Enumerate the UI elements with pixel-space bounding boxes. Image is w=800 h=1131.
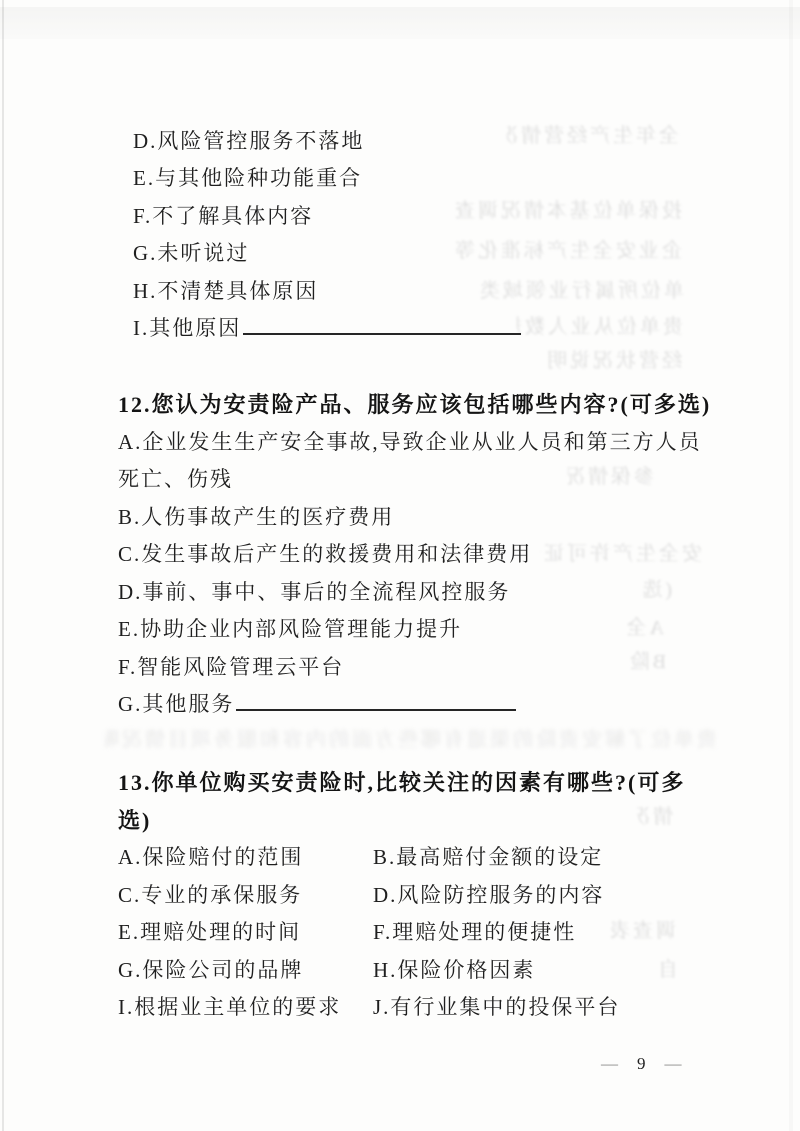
page-number: 9 [637,1050,646,1078]
option-h: H.不清楚具体原因 [133,273,521,310]
fill-in-blank-other-service [236,688,516,711]
option-g-label: G.其他服务 [118,692,234,716]
option-i-label: I.其他原因 [133,316,241,340]
option-b: B.人伤事故产生的医疗费用 [118,499,711,537]
question13-block: 13.你单位购买安责险时,比较关注的因素有哪些?(可多 选) A.保险赔付的范围… [118,764,685,1027]
option-i-other-reason: I.其他原因 [133,310,521,347]
option-row-ij: I.根据业主单位的要求 J.有行业集中的投保平台 [118,989,685,1027]
option-row-cd: C.专业的承保服务 D.风险防控服务的内容 [118,877,685,915]
option-e: E.理赔处理的时间 [118,920,301,944]
option-a-line1: A.企业发生生产安全事故,导致企业从业人员和第三方人员 [118,424,711,462]
fill-in-blank-other-reason [243,312,521,335]
question13-title-line1: 13.你单位购买安责险时,比较关注的因素有哪些?(可多 [118,764,685,802]
scanned-questionnaire-page: 全年生产经营情况投保单位基本情况调查企业安全生产标准化等单位所属行业领域类贵单位… [0,0,800,1131]
option-c: C.专业的承保服务 [118,883,302,907]
question12-block: 12.您认为安责险产品、服务应该包括哪些内容?(可多选) A.企业发生生产安全事… [118,386,711,724]
bleedthrough-text: 贵单位了解安责险的渠道有哪些方面的内容和服务项目情况呢 [105,728,717,754]
option-f: F.不了解具体内容 [133,198,521,235]
option-g: G.未听说过 [133,235,521,272]
question12-title: 12.您认为安责险产品、服务应该包括哪些内容?(可多选) [118,386,711,424]
option-row-gh: G.保险公司的品牌 H.保险价格因素 [118,952,685,990]
bleedthrough-text: 经营状况说明 [540,349,682,375]
option-f: F.智能风险管理云平台 [118,649,711,687]
option-a: A.保险赔付的范围 [118,845,303,869]
question11-options-block: D.风险管控服务不落地 E.与其他险种功能重合 F.不了解具体内容 G.未听说过… [133,123,521,347]
option-c: C.发生事故后产生的救援费用和法律费用 [118,536,711,574]
option-j: J.有行业集中的投保平台 [373,989,620,1027]
option-e: E.与其他险种功能重合 [133,160,521,197]
option-f: F.理赔处理的便捷性 [373,914,576,952]
page-footer: — 9 — [601,1050,682,1078]
option-g-other-service: G.其他服务 [118,686,711,724]
option-d: D.风险防控服务的内容 [373,877,604,915]
option-a-line2: 死亡、伤残 [118,461,711,499]
option-i: I.根据业主单位的要求 [118,995,341,1019]
option-row-ab: A.保险赔付的范围 B.最高赔付金额的设定 [118,839,685,877]
bleedthrough-text: 贵单位从业人数规 [517,315,683,341]
option-b: B.最高赔付金额的设定 [373,839,603,877]
option-e: E.协助企业内部风险管理能力提升 [118,611,711,649]
question13-title-line2: 选) [118,802,685,840]
option-d: D.事前、事中、事后的全流程风控服务 [118,574,711,612]
footer-right-dash: — [665,1050,682,1078]
option-g: G.保险公司的品牌 [118,958,303,982]
option-d: D.风险管控服务不落地 [133,123,521,160]
option-row-ef: E.理赔处理的时间 F.理赔处理的便捷性 [118,914,685,952]
bleedthrough-text: 全年生产经营情况 [507,124,679,150]
option-h: H.保险价格因素 [373,952,535,990]
footer-left-dash: — [601,1050,618,1078]
